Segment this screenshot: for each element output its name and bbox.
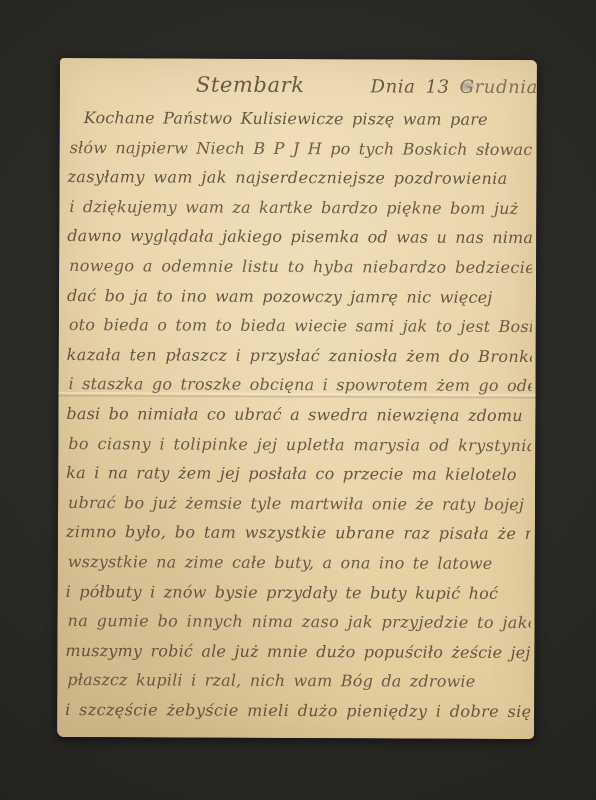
letter-line: bo ciasny i tolipinke jej upletła marysi… xyxy=(68,429,531,461)
letter-line: kazała ten płaszcz i przysłać zaniosła ż… xyxy=(67,340,532,372)
letter-line: oto bieda o tom to bieda wiecie sami jak… xyxy=(69,310,532,342)
letter-line: ubrać bo już żemsie tyle martwiła onie ż… xyxy=(68,488,531,520)
letter-line: zasyłamy wam jak najserdeczniejsze pozdr… xyxy=(67,162,532,194)
date: Dnia13Grudnia xyxy=(371,76,549,98)
letter-line: zimno było, bo tam wszystkie ubrane raz … xyxy=(66,517,531,549)
letter-line: muszymy robić ale już mnie dużo popuścił… xyxy=(65,636,530,668)
letter-line: dawno wyglądała jakiego pisemka od was u… xyxy=(67,221,532,253)
letter-line: Kochane Państwo Kulisiewicze piszę wam p… xyxy=(68,103,533,135)
date-month: Grudnia xyxy=(460,77,538,98)
letter-line: nowego a odemnie listu to hyba niebardzo… xyxy=(69,251,532,283)
ink-blot xyxy=(455,78,479,95)
letter-line: słów najpierw Niech B P J H po tych Bosk… xyxy=(70,133,533,165)
photo-background: Stembark Dnia13Grudnia Kochane Państwo K… xyxy=(0,0,596,800)
letter-body: Kochane Państwo Kulisiewicze piszę wam p… xyxy=(65,103,533,726)
letter-line: i dziękujemy wam za kartke bardzo piękne… xyxy=(69,192,532,224)
date-word: Dnia xyxy=(371,76,416,97)
date-day: 13 xyxy=(425,77,449,98)
letter-header: Stembark Dnia13Grudnia xyxy=(196,73,523,98)
place-name: Stembark xyxy=(196,73,305,97)
letter-line: i półbuty i znów bysie przydały te buty … xyxy=(66,577,531,609)
letter-line: na gumie bo innych nima zaso jak przyjed… xyxy=(67,606,530,638)
letter-line: dać bo ja to ino wam pozowczy jamrę nic … xyxy=(67,281,532,313)
letter-paper: Stembark Dnia13Grudnia Kochane Państwo K… xyxy=(57,58,537,739)
letter-line: i szczęście żebyście mieli dużo pieniędz… xyxy=(65,695,530,727)
letter-line: ka i na raty żem jej posłała co przecie … xyxy=(66,458,531,490)
letter-line: wszystkie na zime całe buty, a ona ino t… xyxy=(68,547,531,579)
letter-line: płaszcz kupili i rzal, nich wam Bóg da z… xyxy=(67,665,530,697)
letter-line: i staszka go troszke obcięna i spowrotem… xyxy=(69,369,532,401)
letter-line: basi bo nimiała co ubrać a swedra niewzi… xyxy=(66,399,531,431)
